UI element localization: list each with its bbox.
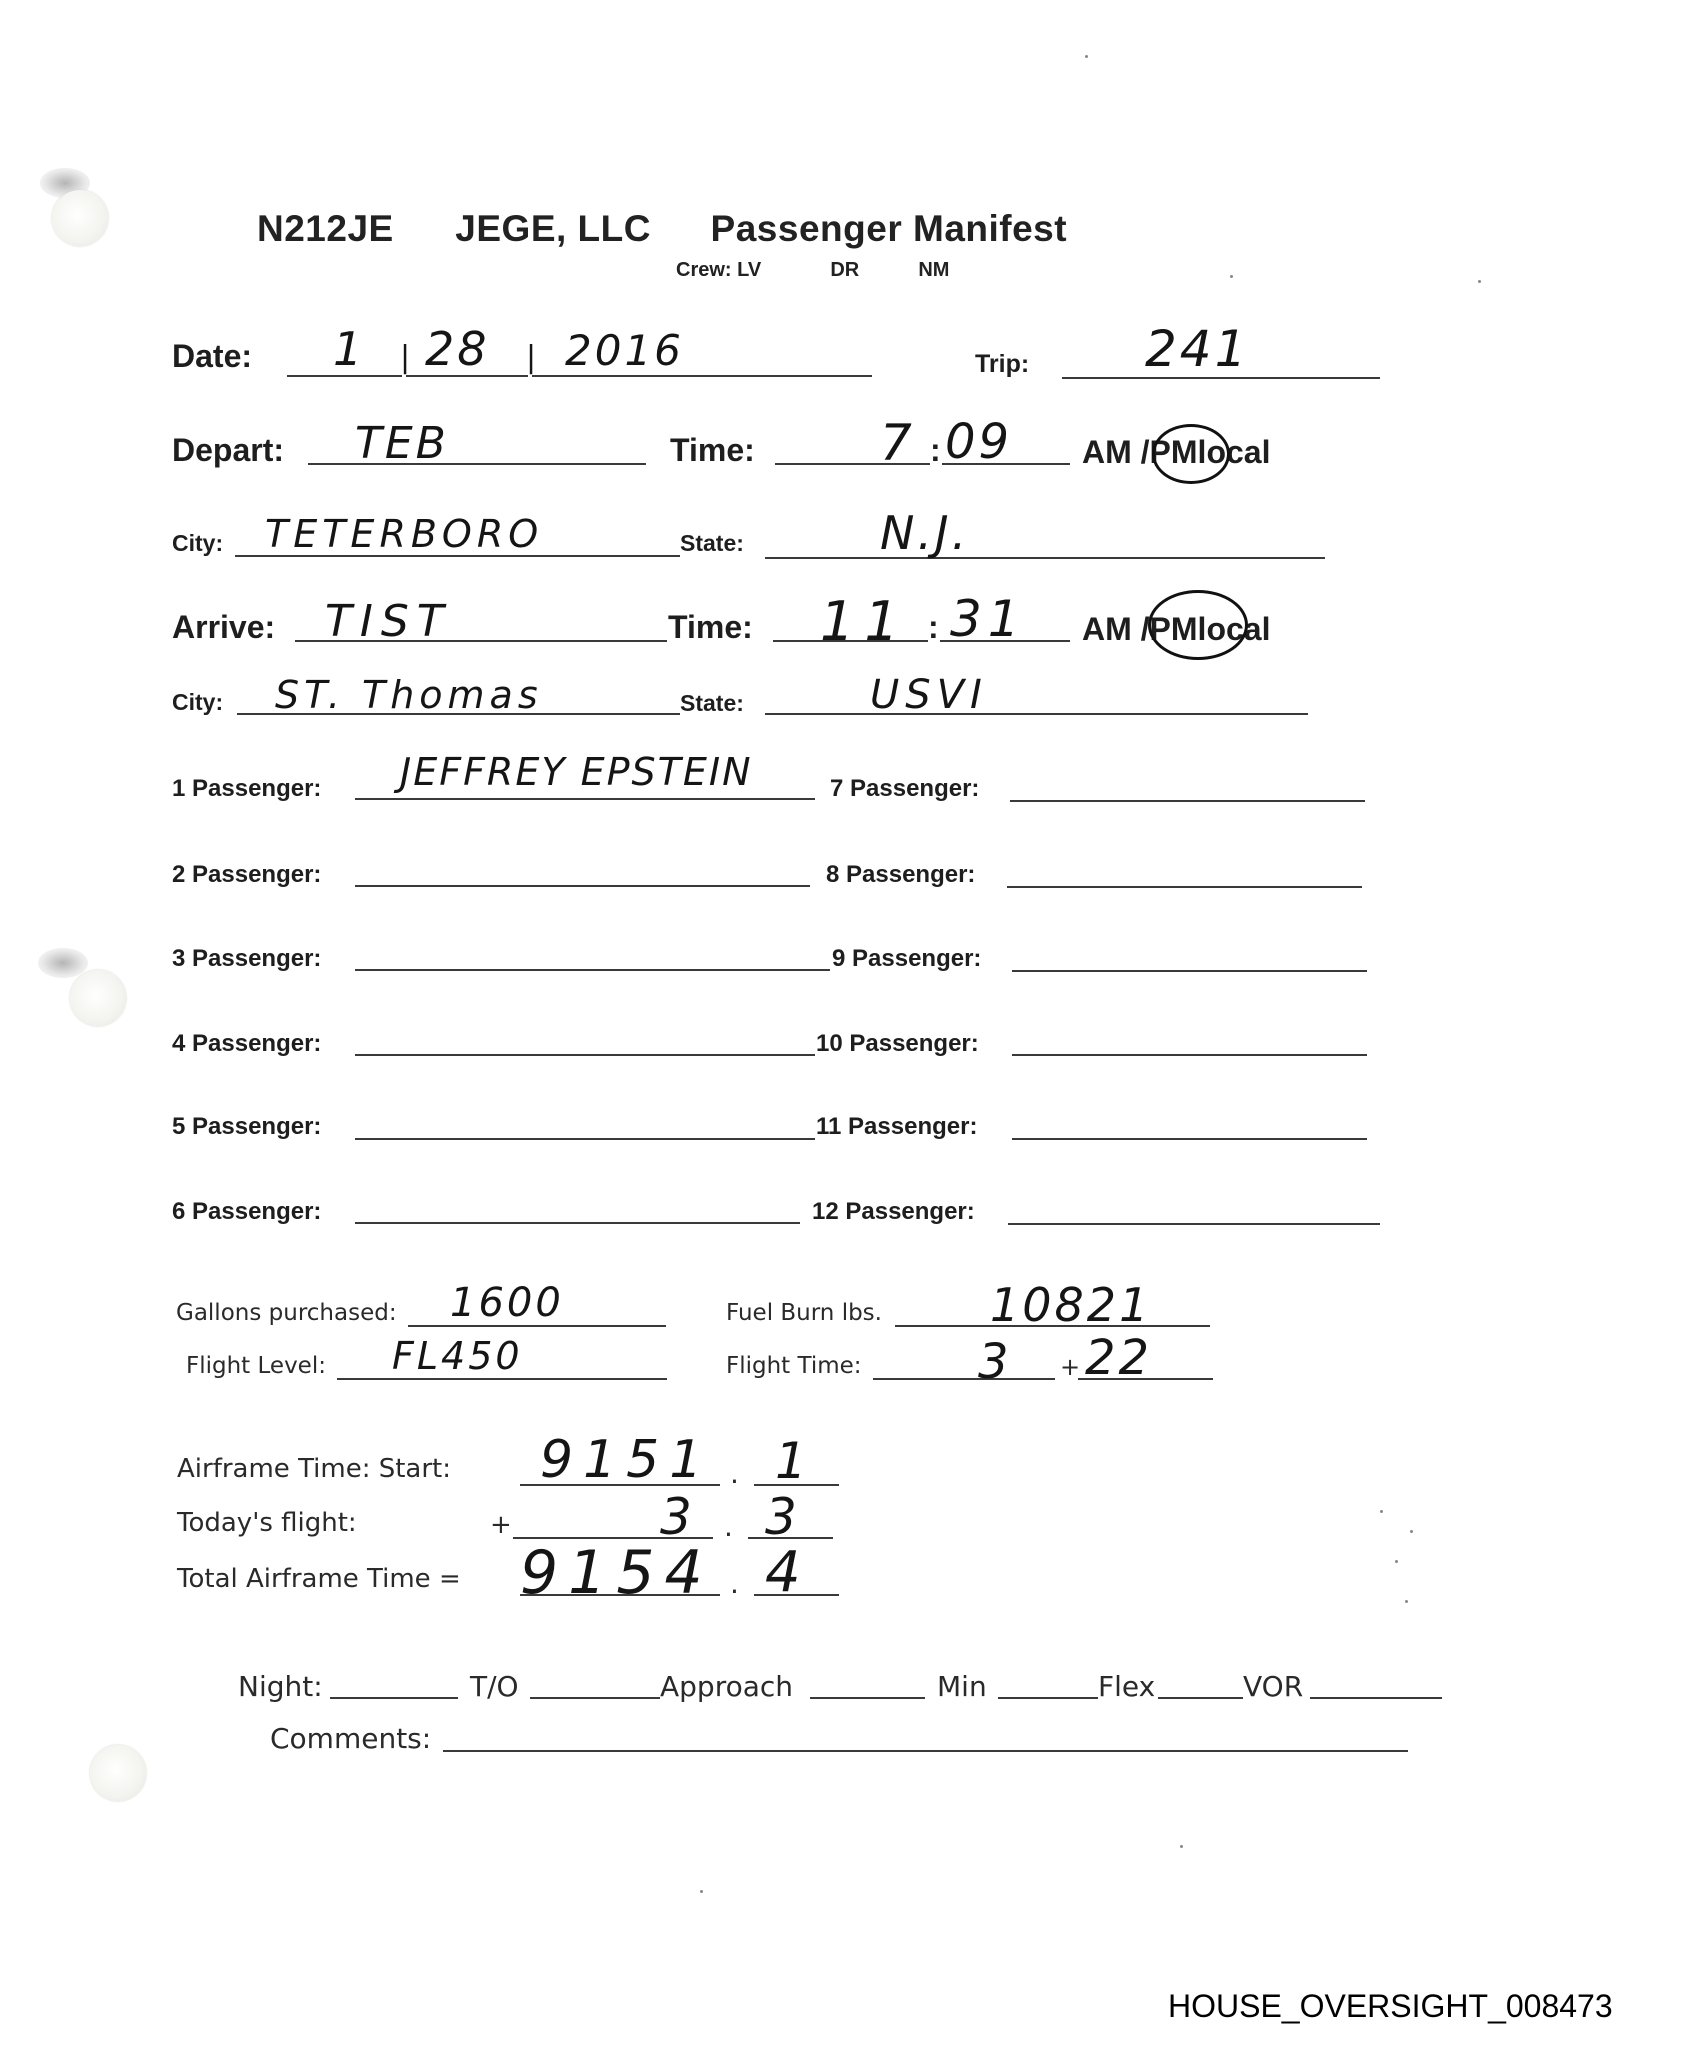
arrive-state-field[interactable] — [765, 713, 1308, 715]
flex-field[interactable] — [1158, 1697, 1243, 1699]
scan-speck — [1405, 1600, 1408, 1603]
vor-label: VOR — [1243, 1670, 1303, 1703]
scan-speck — [1410, 1530, 1413, 1533]
passenger-3-label: 3 Passenger: — [172, 945, 321, 973]
depart-minute-value: 09 — [945, 414, 1012, 470]
passenger-10-field[interactable] — [1012, 1054, 1367, 1056]
date-year-value: 2016 — [565, 326, 684, 375]
min-label: Min — [937, 1670, 987, 1703]
time-colon: : — [928, 609, 939, 646]
comments-field[interactable] — [443, 1750, 1408, 1752]
time-colon: : — [930, 432, 941, 469]
passenger-11-label: 11 Passenger: — [816, 1113, 977, 1141]
arrive-time-label: Time: — [668, 609, 753, 646]
depart-time-label: Time: — [670, 432, 755, 469]
passenger-7-field[interactable] — [1010, 800, 1365, 802]
depart-city-label: City: — [172, 530, 223, 557]
fuel-burn-value: 10821 — [990, 1278, 1151, 1332]
scan-speck — [1380, 1510, 1383, 1513]
date-separator: | — [526, 340, 539, 375]
arrive-city-value: ST. Thomas — [275, 673, 543, 717]
trip-value: 241 — [1145, 320, 1249, 378]
total-whole-value: 9154 — [520, 1538, 713, 1608]
passenger-5-label: 5 Passenger: — [172, 1113, 321, 1141]
flight-time-minutes-value: 22 — [1085, 1330, 1152, 1386]
gallons-label: Gallons purchased: — [176, 1300, 397, 1326]
arrive-minute-value: 31 — [950, 590, 1026, 648]
fuel-burn-label: Fuel Burn lbs. — [726, 1300, 882, 1326]
takeoff-field[interactable] — [530, 1697, 660, 1699]
flight-time-separator: + — [1060, 1353, 1080, 1381]
crew-member-2: DR — [830, 259, 859, 281]
depart-state-value: N.J. — [880, 506, 969, 560]
flight-level-field[interactable] — [337, 1378, 667, 1380]
today-flight-label: Today's flight: — [177, 1508, 357, 1538]
scan-speck — [1180, 1845, 1183, 1848]
scan-speck — [700, 1890, 703, 1893]
depart-state-label: State: — [680, 530, 744, 557]
night-label: Night: — [238, 1670, 323, 1703]
depart-hour-value: 7 — [880, 414, 915, 472]
passenger-11-field[interactable] — [1012, 1138, 1367, 1140]
passenger-8-label: 8 Passenger: — [826, 861, 975, 889]
total-tenth-value: 4 — [765, 1540, 804, 1605]
flight-level-label: Flight Level: — [186, 1353, 326, 1379]
crew-row: Crew: LV DR NM — [676, 259, 949, 282]
airframe-start-tenth-value: 1 — [775, 1432, 810, 1490]
passenger-4-field[interactable] — [355, 1054, 815, 1056]
pm-selected-circle — [1152, 424, 1230, 484]
am-option[interactable]: AM / — [1082, 434, 1150, 470]
crew-label: Crew: — [676, 259, 732, 281]
passenger-3-field[interactable] — [355, 969, 830, 971]
am-option[interactable]: AM / — [1082, 611, 1150, 647]
passenger-2-label: 2 Passenger: — [172, 861, 321, 889]
flight-time-hours-value: 3 — [978, 1334, 1012, 1390]
passenger-9-label: 9 Passenger: — [832, 945, 981, 973]
passenger-6-label: 6 Passenger: — [172, 1198, 321, 1226]
company-name: JEGE, LLC — [455, 208, 651, 249]
trip-label: Trip: — [975, 350, 1029, 379]
form-header: N212JE JEGE, LLC Passenger Manifest — [257, 208, 1067, 250]
takeoff-label: T/O — [470, 1670, 519, 1703]
depart-city-value: TETERBORO — [265, 512, 543, 556]
scan-speck — [1085, 55, 1088, 58]
decimal-dot: . — [724, 1510, 733, 1543]
scan-speck — [1395, 1560, 1398, 1563]
passenger-8-field[interactable] — [1007, 886, 1362, 888]
flight-time-label: Flight Time: — [726, 1353, 862, 1379]
date-label: Date: — [172, 338, 252, 375]
comments-label: Comments: — [270, 1722, 431, 1755]
hole-punch-shadow — [38, 948, 88, 978]
passenger-1-value: JEFFREY EPSTEIN — [400, 750, 753, 794]
tail-number: N212JE — [257, 208, 394, 249]
arrive-state-value: USVI — [870, 672, 988, 718]
depart-label: Depart: — [172, 432, 284, 469]
approach-field[interactable] — [810, 1697, 925, 1699]
gallons-value: 1600 — [450, 1280, 564, 1326]
vor-field[interactable] — [1310, 1697, 1442, 1699]
scan-speck — [1230, 275, 1233, 278]
passenger-12-field[interactable] — [1008, 1223, 1380, 1225]
bates-number: HOUSE_OVERSIGHT_008473 — [1168, 1988, 1613, 2025]
decimal-dot: . — [730, 1567, 739, 1600]
approach-label: Approach — [660, 1670, 793, 1703]
arrive-hour-value: 11 — [820, 590, 909, 653]
passenger-6-field[interactable] — [355, 1222, 800, 1224]
arrive-value: TIST — [325, 596, 452, 647]
flight-level-value: FL450 — [392, 1334, 523, 1378]
depart-state-field[interactable] — [765, 557, 1325, 559]
airframe-start-label: Airframe Time: Start: — [177, 1454, 451, 1484]
pm-selected-circle — [1148, 590, 1248, 660]
passenger-12-label: 12 Passenger: — [812, 1198, 975, 1226]
total-airframe-label: Total Airframe Time = — [177, 1564, 461, 1594]
passenger-2-field[interactable] — [355, 885, 810, 887]
flex-label: Flex — [1098, 1670, 1155, 1703]
flight-time-hours-field[interactable] — [873, 1378, 1055, 1380]
date-month-value: 1 — [333, 322, 365, 376]
decimal-dot: . — [730, 1457, 739, 1490]
depart-value: TEB — [355, 418, 449, 469]
passenger-1-field[interactable] — [355, 798, 815, 800]
passenger-9-field[interactable] — [1012, 970, 1367, 972]
arrive-city-label: City: — [172, 689, 223, 716]
date-separator: | — [400, 340, 413, 375]
hole-punch-middle — [70, 970, 126, 1026]
hole-punch-bottom — [90, 1745, 146, 1801]
date-year-field[interactable] — [532, 375, 872, 377]
page-title: Passenger Manifest — [711, 208, 1068, 249]
arrive-state-label: State: — [680, 690, 744, 717]
airframe-start-whole-value: 9151 — [540, 1430, 712, 1490]
hole-punch-top — [52, 190, 108, 246]
passenger-4-label: 4 Passenger: — [172, 1030, 321, 1058]
date-day-value: 28 — [425, 322, 490, 376]
passenger-5-field[interactable] — [355, 1138, 815, 1140]
passenger-7-label: 7 Passenger: — [830, 775, 979, 803]
min-field[interactable] — [998, 1697, 1098, 1699]
passenger-10-label: 10 Passenger: — [816, 1030, 979, 1058]
night-field[interactable] — [330, 1697, 458, 1699]
crew-member-3: NM — [918, 259, 949, 281]
scan-speck — [1478, 280, 1481, 283]
crew-member-1: LV — [737, 259, 761, 281]
passenger-1-label: 1 Passenger: — [172, 775, 321, 803]
arrive-label: Arrive: — [172, 609, 275, 646]
today-plus: + — [490, 1510, 512, 1540]
today-tenth-value: 3 — [765, 1488, 800, 1546]
